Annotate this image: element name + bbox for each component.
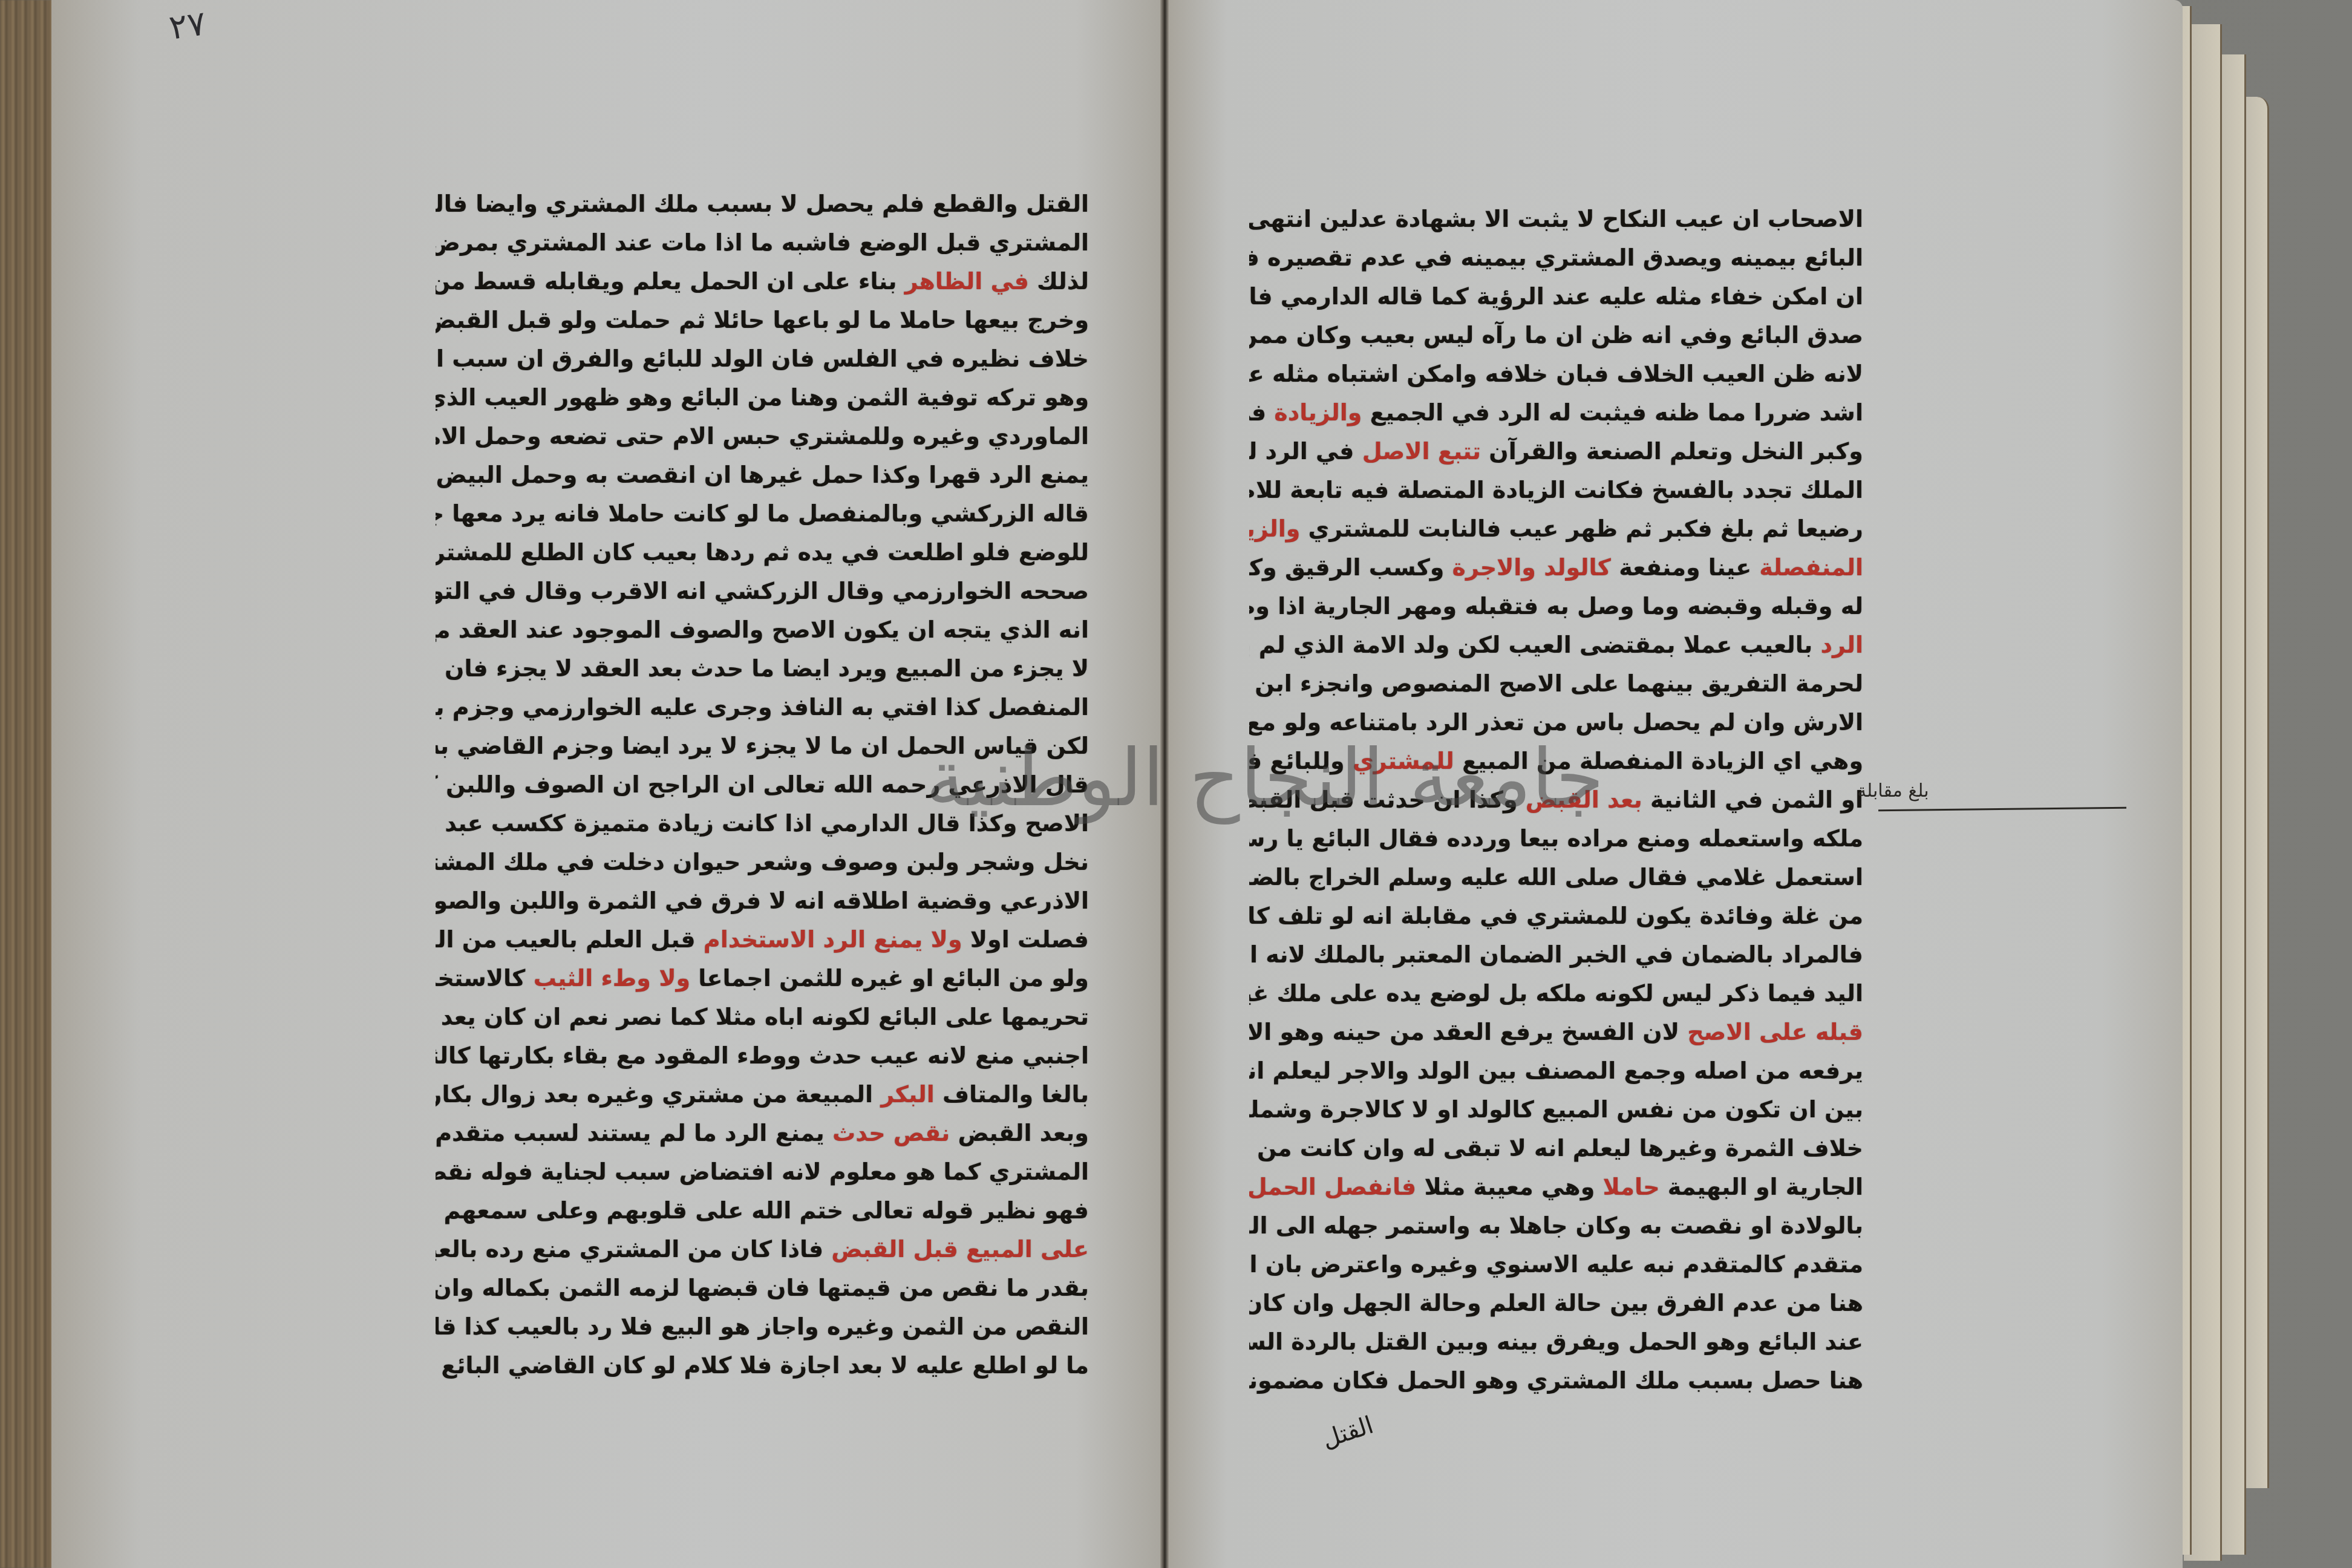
rubric-text: على المبيع قبل القبض (831, 1236, 1089, 1263)
manuscript-line: اليد فيما ذكر ليس لكونه ملكه بل لوضع يده… (1249, 974, 1863, 1013)
body-text: رضيعا ثم بلغ فكبر ثم ظهر عيب فالنابت للم… (1300, 515, 1863, 542)
rubric-text: كالولد والاجرة (1452, 554, 1611, 581)
body-text: ان امكن خفاء مثله عليه عند الرؤية كما قا… (1249, 283, 1863, 310)
body-text: ملكه واستعمله ومنع مراده بيعا وردده فقال… (1249, 825, 1863, 852)
body-text: صححه الخوارزمي وقال الزركشي انه الاقرب و… (436, 578, 1089, 604)
body-text: لان الفسخ يرفع العقد من حينه وهو الاصح و… (1249, 1019, 1687, 1045)
body-text: بناء على ان الحمل يعلم ويقابله قسط من ال… (436, 268, 905, 295)
manuscript-line: وهو تركه توفية الثمن وهنا من البائع وهو … (436, 378, 1089, 417)
manuscript-line: الاصحاب ان عيب النكاح لا يثبت الا بشهادة… (1249, 200, 1863, 238)
rubric-text: نقص حدث (832, 1120, 950, 1146)
manuscript-line: الاذرعي وقضية اطلاقه انه لا فرق في الثمر… (436, 881, 1089, 920)
body-text: قبل العلم بالعيب من المشتري او غيره للمب… (436, 926, 704, 953)
manuscript-line: من غلة وفائدة يكون للمشتري في مقابلة انه… (1249, 897, 1863, 935)
manuscript-line: انه الذي يتجه ان يكون الاصح والصوف الموج… (436, 610, 1089, 649)
manuscript-line: النقص من الثمن وغيره واجاز هو البيع فلا … (436, 1307, 1089, 1346)
body-text: انه الذي يتجه ان يكون الاصح والصوف الموج… (436, 616, 1089, 643)
body-text: القتل والقطع فلم يحصل لا بسبب ملك المشتر… (436, 191, 1089, 217)
manuscript-line: اجنبي منع لانه عيب حدث ووطء المقود مع بق… (436, 1036, 1089, 1075)
body-text: المبيعة من مشتري وغيره بعد زوال بكارتها … (436, 1081, 881, 1108)
rubric-text: ولا وطء الثيب (534, 965, 690, 991)
rubric-text: المنفصلة (1759, 554, 1863, 581)
body-text: الاصحاب ان عيب النكاح لا يثبت الا بشهادة… (1249, 206, 1863, 232)
manuscript-line: المنفصلة عينا ومنفعة كالولد والاجرة وكسب… (1249, 548, 1863, 587)
body-text: كالاستخدام وان افضى الى (436, 965, 534, 991)
body-text: ولو من البائع او غيره للثمن اجماعا (690, 965, 1089, 991)
body-text: قاله الزركشي وبالمنفصل ما لو كانت حاملا … (436, 500, 1089, 527)
body-text: وهو تركه توفية الثمن وهنا من البائع وهو … (436, 384, 1089, 411)
body-text: وكسب الرقيق وكذا زوجه وما وهب (1249, 554, 1452, 581)
manuscript-line: يمنع الرد قهرا وكذا حمل غيرها ان انقصت ب… (436, 456, 1089, 494)
rubric-text: والزيادة (1249, 515, 1300, 542)
manuscript-line: خلاف نظيره في الفلس فان الولد للبائع وال… (436, 339, 1089, 378)
manuscript-line: للوضع فلو اطلعت في يده ثم ردها بعيب كان … (436, 533, 1089, 572)
body-text: وهي معيبة مثلا (1416, 1174, 1602, 1200)
manuscript-line: ما لو اطلع عليه لا بعد اجازة فلا كلام لو… (436, 1346, 1089, 1385)
manuscript-line: الماوردي وغيره وللمشتري حبس الام حتى تضع… (436, 417, 1089, 456)
body-text: الجارية او البهيمة (1660, 1174, 1863, 1200)
rubric-text: والزيادة (1274, 399, 1362, 426)
manuscript-line: المنفصل كذا افتي به النافذ وجرى عليه الخ… (436, 688, 1089, 727)
manuscript-line: على المبيع قبل القبض فاذا كان من المشتري… (436, 1230, 1089, 1269)
manuscript-line: ان امكن خفاء مثله عليه عند الرؤية كما قا… (1249, 277, 1863, 316)
manuscript-line: لحرمة التفريق بينهما على الاصح المنصوص و… (1249, 664, 1863, 703)
rubric-text: ولا يمنع الرد الاستخدام (704, 926, 962, 953)
body-text: هنا حصل بسبب ملك المشتري وهو الحمل فكان … (1249, 1367, 1863, 1394)
manuscript-line: فصلت اولا ولا يمنع الرد الاستخدام قبل ال… (436, 920, 1089, 959)
body-text: وخرج بيعها حاملا ما لو باعها حائلا ثم حم… (436, 307, 1089, 333)
body-text: تحريمها على البائع لكونه اباه مثلا كما ن… (436, 1004, 1089, 1030)
page-number: ٢٧ (167, 4, 209, 48)
body-text: المنفصل كذا افتي به النافذ وجرى عليه الخ… (436, 694, 1089, 720)
manuscript-line: هنا حصل بسبب ملك المشتري وهو الحمل فكان … (1249, 1361, 1863, 1400)
manuscript-line: قبله على الاصح لان الفسخ يرفع العقد من ح… (1249, 1013, 1863, 1051)
manuscript-line: وكبر النخل وتعلم الصنعة والقرآن تتبع الا… (1249, 432, 1863, 471)
body-text: النقص من الثمن وغيره واجاز هو البيع فلا … (436, 1313, 1089, 1340)
body-text: عينا ومنفعة (1611, 554, 1759, 581)
body-text: او الثمن في الثانية (1642, 786, 1863, 813)
body-text: عند البائع وهو الحمل ويفرق بينه وبين الق… (1249, 1328, 1863, 1355)
manuscript-line: بالغا والمتاف البكر المبيعة من مشتري وغي… (436, 1075, 1089, 1114)
body-text: المشتري كما هو معلوم لانه افتضاض سبب لجن… (436, 1158, 1089, 1185)
body-text: فالمراد بالضمان في الخبر الضمان المعتبر … (1249, 941, 1863, 968)
margin-note-text: بلغ مقابلة (1857, 780, 1929, 802)
manuscript-line: فالمراد بالضمان في الخبر الضمان المعتبر … (1249, 935, 1863, 974)
manuscript-line: المشتري كما هو معلوم لانه افتضاض سبب لجن… (436, 1152, 1089, 1191)
manuscript-line: بقدر ما نقص من قيمتها فان قبضها لزمه الث… (436, 1269, 1089, 1307)
body-text: متقدم كالمتقدم نبه عليه الاسنوي وغيره وا… (1249, 1251, 1863, 1278)
manuscript-line: لا يجزء من المبيع ويرد ايضا ما حدث بعد ا… (436, 649, 1089, 688)
manuscript-line: لذلك في الظاهر بناء على ان الحمل يعلم وي… (436, 262, 1089, 301)
manuscript-line: رضيعا ثم بلغ فكبر ثم ظهر عيب فالنابت للم… (1249, 509, 1863, 548)
rubric-text: في الظاهر (905, 268, 1029, 295)
body-text: الاذرعي وقضية اطلاقه انه لا فرق في الثمر… (436, 887, 1089, 914)
rubric-text: الرد (1821, 632, 1863, 658)
body-text: يرفعه من اصله وجمع المصنف بين الولد والا… (1249, 1057, 1863, 1084)
body-text: له وقبله وقبضه وما وصل به فتقبله ومهر ال… (1249, 593, 1863, 619)
manuscript-line: وخرج بيعها حاملا ما لو باعها حائلا ثم حم… (436, 301, 1089, 339)
manuscript-line: استعمل غلامي فقال صلى الله عليه وسلم الخ… (1249, 858, 1863, 897)
body-text: من غلة وفائدة يكون للمشتري في مقابلة انه… (1249, 903, 1863, 929)
body-text: الملك تجدد بالفسخ فكانت الزيادة المتصلة … (1249, 477, 1863, 503)
body-text: يمنع الرد ما لم يستند لسبب متقدم جهله (436, 1120, 832, 1146)
body-text: في الرد لعدم امكان افراده ولانه (1249, 438, 1362, 465)
body-text: خلاف الثمرة وغيرها ليعلم انه لا تبقى له … (1249, 1135, 1863, 1161)
body-text: فاذا كان من المشتري منع رده بالعيب واستق… (436, 1236, 831, 1263)
manuscript-line: الرد بالعيب عملا بمقتضى العيب لكن ولد ال… (1249, 626, 1863, 664)
body-text: فصلت اولا (962, 926, 1089, 953)
manuscript-line: صححه الخوارزمي وقال الزركشي انه الاقرب و… (436, 572, 1089, 610)
manuscript-line: صدق البائع وفي انه ظن ان ما رآه ليس بعيب… (1249, 316, 1863, 354)
body-text: نخل وشجر ولبن وصوف وشعر حيوان دخلت في مل… (436, 849, 1089, 875)
body-text: الماوردي وغيره وللمشتري حبس الام حتى تضع… (436, 423, 1089, 449)
body-text: صدق البائع وفي انه ظن ان ما رآه ليس بعيب… (1249, 322, 1863, 348)
body-text: للوضع فلو اطلعت في يده ثم ردها بعيب كان … (436, 539, 1089, 566)
manuscript-line: هنا من عدم الفرق بين حالة العلم وحالة ال… (1249, 1284, 1863, 1322)
body-text: يمنع الرد قهرا وكذا حمل غيرها ان انقصت ب… (436, 462, 1089, 488)
rubric-text: قبله على الاصح (1687, 1019, 1863, 1045)
rubric-text: البكر (881, 1081, 935, 1108)
manuscript-line: له وقبله وقبضه وما وصل به فتقبله ومهر ال… (1249, 587, 1863, 626)
body-text: بالغا والمتاف (935, 1081, 1089, 1108)
manuscript-line: تحريمها على البائع لكونه اباه مثلا كما ن… (436, 998, 1089, 1036)
watermark: جامعة النجاح الوطنية (926, 732, 1604, 824)
body-text: البائع بيمينه ويصدق المشتري بيمينه في عد… (1249, 244, 1863, 271)
manuscript-line: قاله الزركشي وبالمنفصل ما لو كانت حاملا … (436, 494, 1089, 533)
rubric-text: حاملا (1603, 1174, 1660, 1200)
manuscript-line: متقدم كالمتقدم نبه عليه الاسنوي وغيره وا… (1249, 1245, 1863, 1284)
manuscript-line: عند البائع وهو الحمل ويفرق بينه وبين الق… (1249, 1322, 1863, 1361)
manuscript-line: المشتري قبل الوضع فاشبه ما اذا مات عند ا… (436, 223, 1089, 262)
manuscript-line: بالولادة او نقصت به وكان جاهلا به واستمر… (1249, 1206, 1863, 1245)
manuscript-line: بين ان تكون من نفس المبيع كالولد او لا ك… (1249, 1090, 1863, 1129)
manuscript-line: لانه ظن العيب الخلاف فبان خلافه وامكن اش… (1249, 354, 1863, 393)
manuscript-line: يرفعه من اصله وجمع المصنف بين الولد والا… (1249, 1051, 1863, 1090)
manuscript-line: نخل وشجر ولبن وصوف وشعر حيوان دخلت في مل… (436, 843, 1089, 881)
manuscript-line: وبعد القبض نقص حدث يمنع الرد ما لم يستند… (436, 1114, 1089, 1152)
body-text: في المبيع او الثمن (1249, 399, 1274, 426)
body-text: بين ان تكون من نفس المبيع كالولد او لا ك… (1249, 1096, 1863, 1123)
manuscript-line: اشد ضررا مما ظنه فيثبت له الرد في الجميع… (1249, 393, 1863, 432)
manuscript-line: ولو من البائع او غيره للثمن اجماعا ولا و… (436, 959, 1089, 998)
rubric-text: تتبع الاصل (1362, 438, 1481, 465)
body-text: اليد فيما ذكر ليس لكونه ملكه بل لوضع يده… (1249, 980, 1863, 1007)
body-text: لا يجزء من المبيع ويرد ايضا ما حدث بعد ا… (436, 655, 1089, 682)
manuscript-line: ملكه واستعمله ومنع مراده بيعا وردده فقال… (1249, 819, 1863, 858)
body-text: ما لو اطلع عليه لا بعد اجازة فلا كلام لو… (436, 1352, 1089, 1379)
body-text: بالعيب عملا بمقتضى العيب لكن ولد الامة ا… (1249, 632, 1821, 658)
body-text: لحرمة التفريق بينهما على الاصح المنصوص و… (1249, 670, 1863, 697)
body-text: فهو نظير قوله تعالى ختم الله على قلوبهم … (436, 1197, 1089, 1224)
body-text: اشد ضررا مما ظنه فيثبت له الرد في الجميع (1362, 399, 1863, 426)
rubric-text: فانفصل الحمل ردها معه (1249, 1174, 1416, 1200)
body-text: لانه ظن العيب الخلاف فبان خلافه وامكن اش… (1249, 361, 1863, 387)
body-text: بالولادة او نقصت به وكان جاهلا به واستمر… (1249, 1212, 1863, 1239)
manuscript-line: الجارية او البهيمة حاملا وهي معيبة مثلا … (1249, 1168, 1863, 1206)
body-text: استعمل غلامي فقال صلى الله عليه وسلم الخ… (1249, 864, 1863, 890)
body-text: المشتري قبل الوضع فاشبه ما اذا مات عند ا… (436, 229, 1089, 256)
margin-annotation: بلغ مقابلة (1845, 780, 2129, 817)
manuscript-line: فهو نظير قوله تعالى ختم الله على قلوبهم … (436, 1191, 1089, 1230)
margin-note-pointer-line (1878, 807, 2126, 811)
body-text: وكبر النخل وتعلم الصنعة والقرآن (1481, 438, 1863, 465)
body-text: هنا من عدم الفرق بين حالة العلم وحالة ال… (1249, 1290, 1863, 1316)
body-text: لذلك (1029, 268, 1089, 295)
body-text: بقدر ما نقص من قيمتها فان قبضها لزمه الث… (436, 1275, 1089, 1301)
body-text: وبعد القبض (950, 1120, 1089, 1146)
manuscript-line: البائع بيمينه ويصدق المشتري بيمينه في عد… (1249, 238, 1863, 277)
manuscript-line: الملك تجدد بالفسخ فكانت الزيادة المتصلة … (1249, 471, 1863, 509)
manuscript-line: خلاف الثمرة وغيرها ليعلم انه لا تبقى له … (1249, 1129, 1863, 1168)
body-text: خلاف نظيره في الفلس فان الولد للبائع وال… (436, 345, 1089, 372)
manuscript-line: القتل والقطع فلم يحصل لا بسبب ملك المشتر… (436, 185, 1089, 223)
body-text: اجنبي منع لانه عيب حدث ووطء المقود مع بق… (436, 1042, 1089, 1069)
